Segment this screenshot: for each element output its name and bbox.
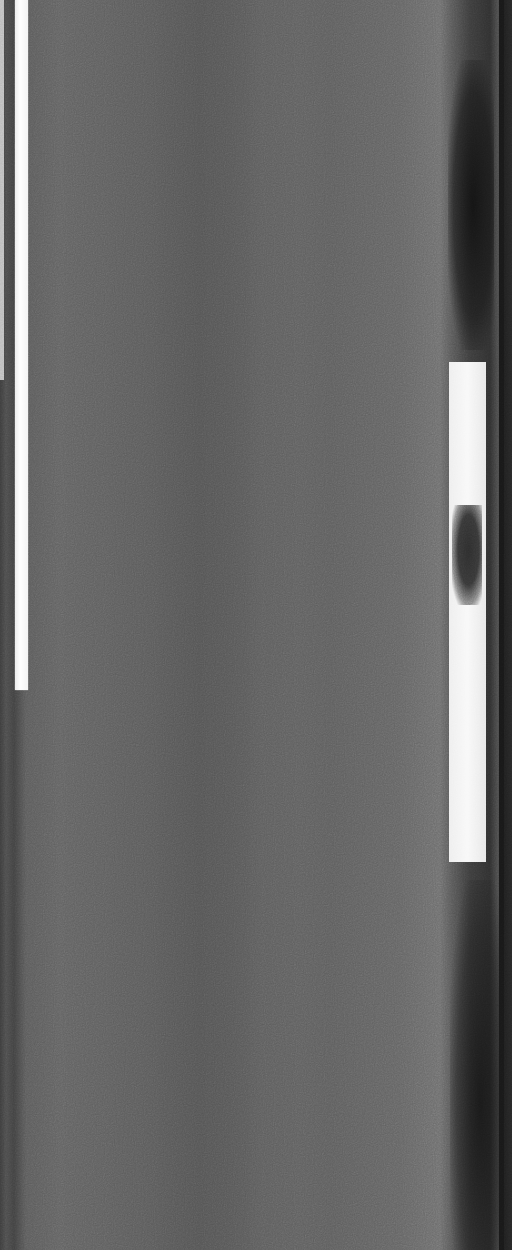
road-surface	[0, 0, 512, 1250]
asphalt-texture	[0, 0, 512, 1250]
